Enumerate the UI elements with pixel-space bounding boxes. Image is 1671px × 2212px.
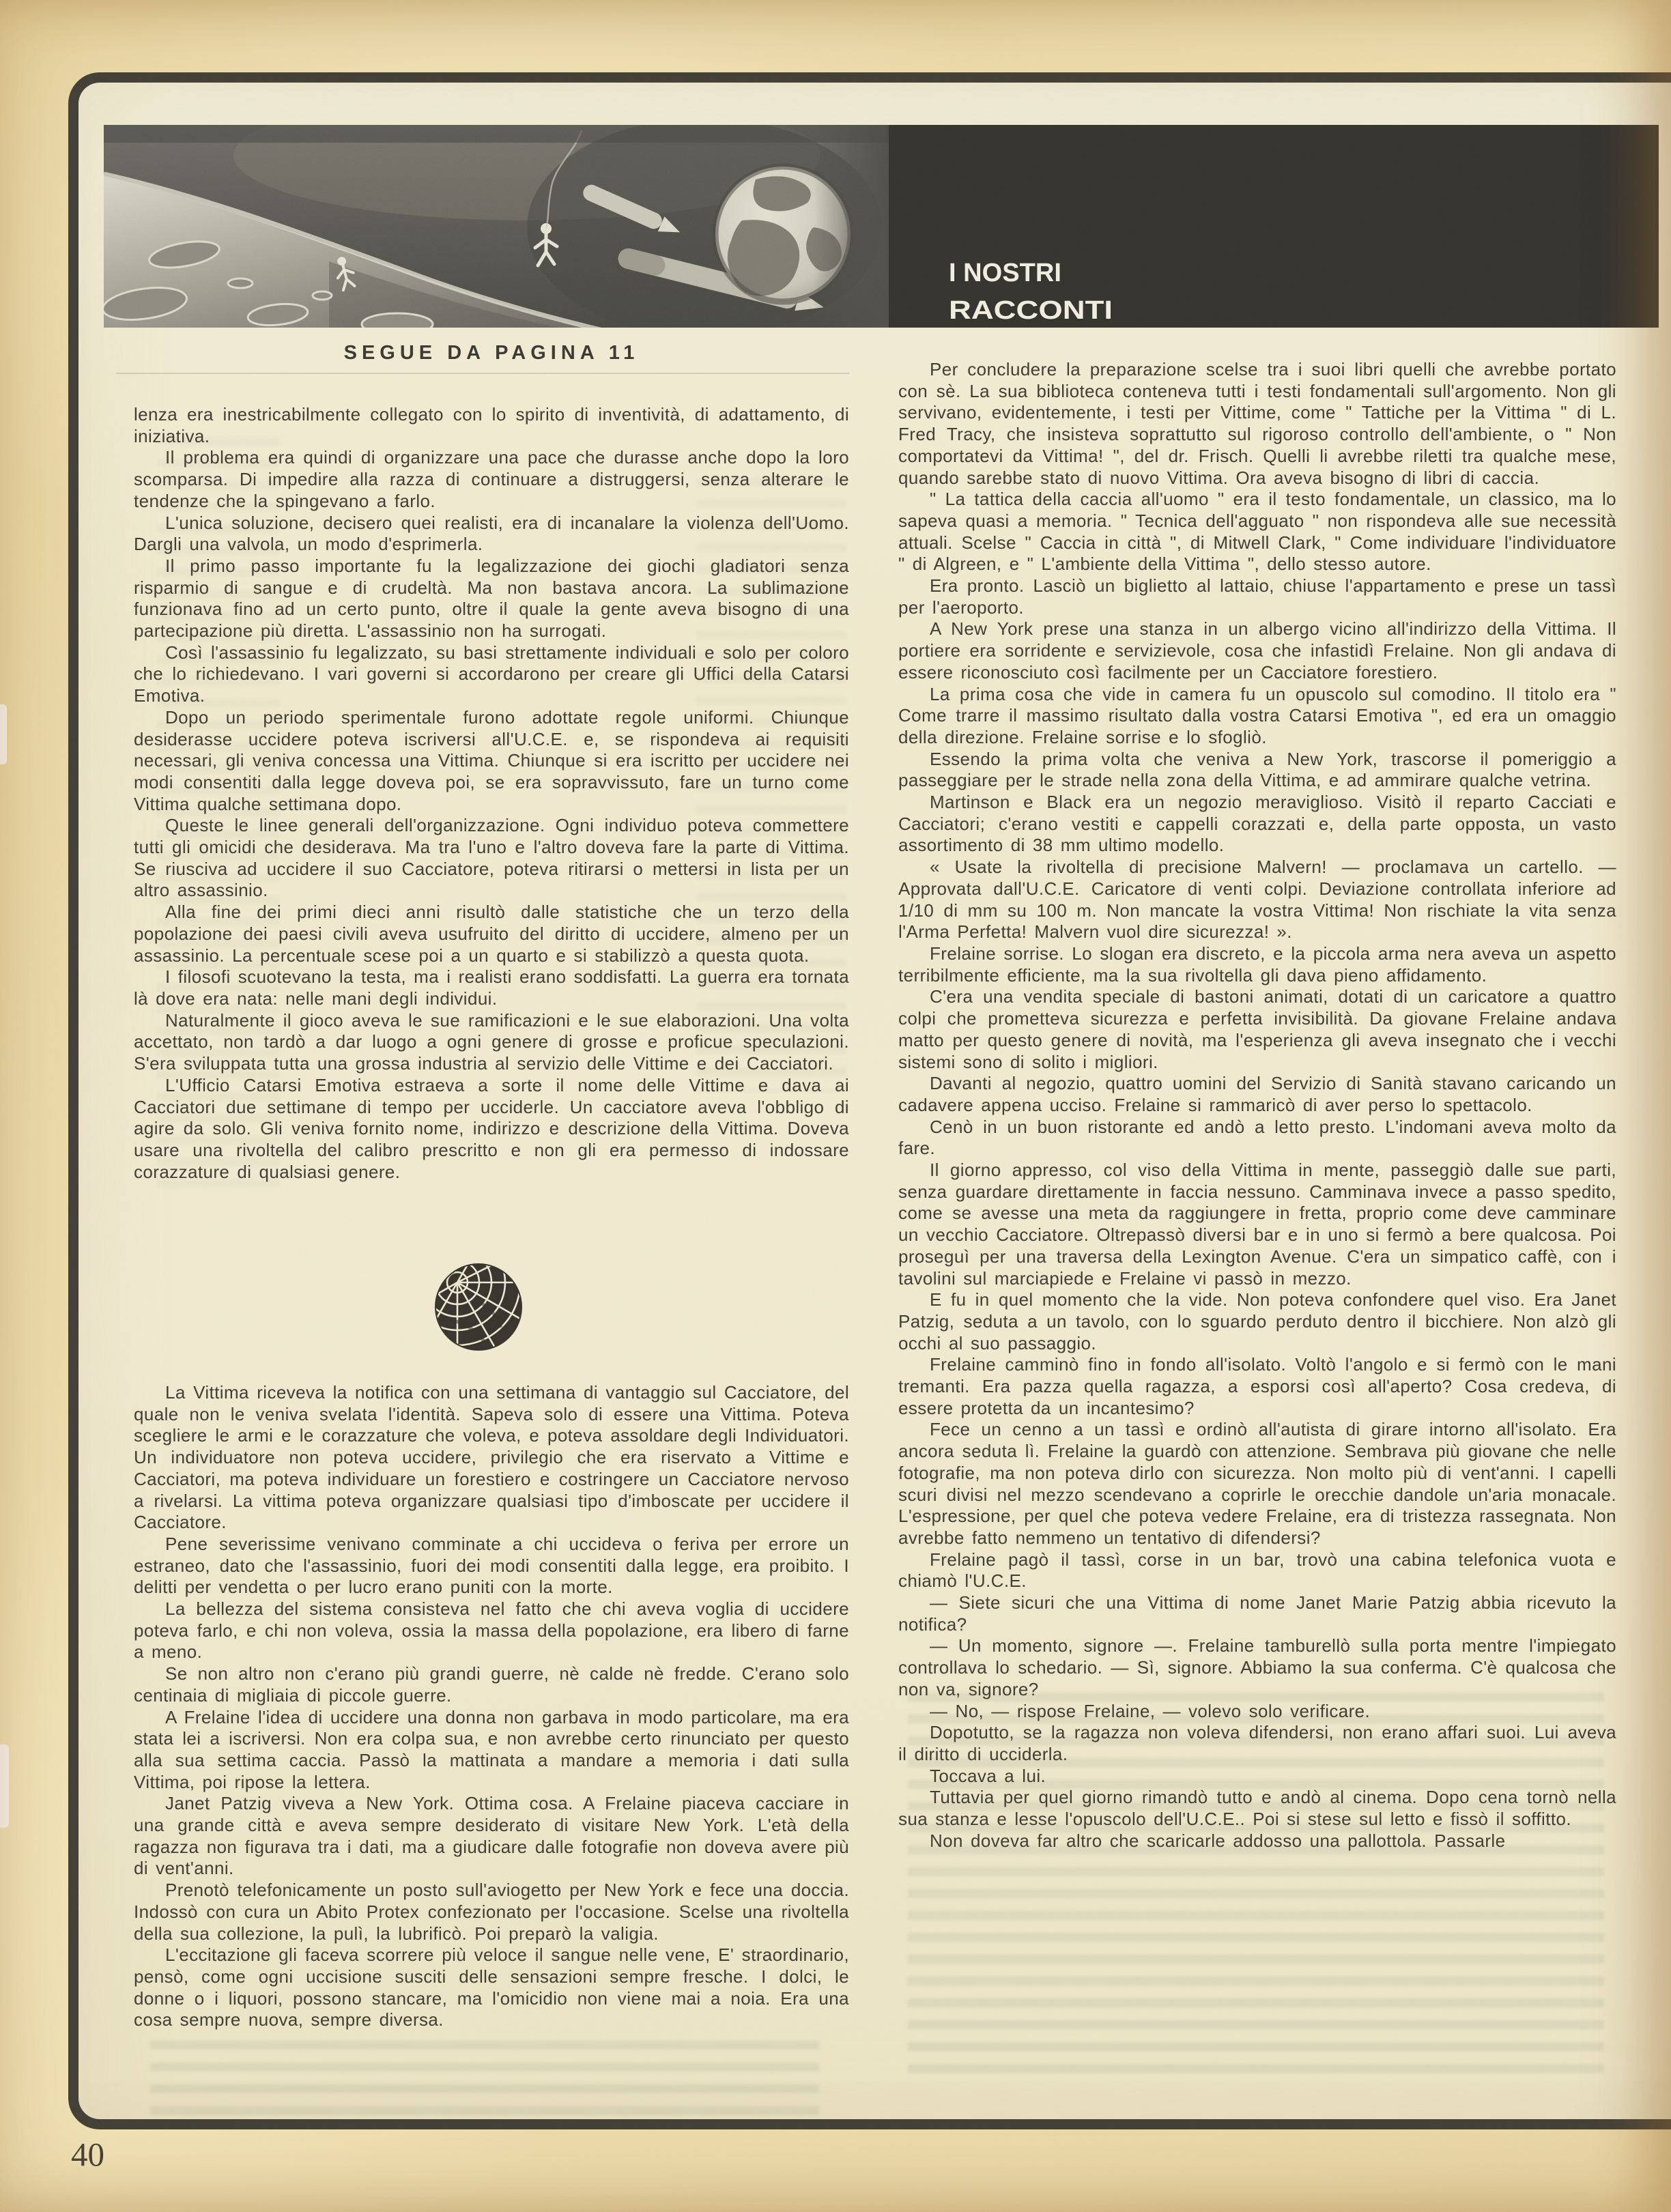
story-paragraph: « Usate la rivoltella di precisione Malv… (898, 857, 1616, 943)
story-paragraph: Martinson e Black era un negozio meravig… (898, 792, 1616, 857)
story-paragraph: La prima cosa che vide in camera fu un o… (898, 684, 1616, 749)
story-paragraph: La bellezza del sistema consisteva nel f… (134, 1598, 849, 1663)
story-paragraph: Cenò in un buon ristorante ed andò a let… (898, 1117, 1616, 1160)
header-banner: I NOSTRI RACCONTI DI FANTASCIENZA (104, 125, 1659, 328)
scan-artifact (0, 1744, 9, 1828)
story-paragraph: Prenotò telefonicamente un posto sull'av… (134, 1880, 849, 1944)
space-scene-illustration (104, 125, 889, 328)
story-paragraph: A New York prese una stanza in un alberg… (898, 618, 1616, 683)
globe-ornament (433, 1259, 524, 1353)
continued-from-note: SEGUE DA PAGINA 11 (134, 342, 849, 364)
story-paragraph: A Frelaine l'idea di uccidere una donna … (134, 1707, 849, 1794)
story-paragraph: C'era una vendita speciale di bastoni an… (898, 986, 1616, 1073)
page-number: 40 (71, 2135, 104, 2174)
story-paragraph: Naturalmente il gioco aveva le sue ramif… (134, 1010, 849, 1075)
story-paragraph: Frelaine camminò fino in fondo all'isola… (898, 1354, 1616, 1419)
story-paragraph: Per concludere la preparazione scelse tr… (898, 359, 1616, 489)
kicker-line-1: I NOSTRI (949, 259, 1061, 287)
right-column: Per concludere la preparazione scelse tr… (898, 359, 1616, 1852)
kicker-line-2: RACCONTI (949, 296, 1113, 325)
story-paragraph: Toccava a lui. (898, 1766, 1616, 1787)
story-paragraph: Non doveva far altro che scaricarle addo… (898, 1830, 1616, 1852)
story-paragraph: Queste le linee generali dell'organizzaz… (134, 815, 849, 902)
divider-hairline (116, 373, 850, 374)
story-paragraph: Così l'assassinio fu legalizzato, su bas… (134, 642, 849, 707)
story-paragraph: Davanti al negozio, quattro uomini del S… (898, 1073, 1616, 1116)
story-paragraph: Era pronto. Lasciò un biglietto al latta… (898, 575, 1616, 618)
story-paragraph: Dopo un periodo sperimentale furono adot… (134, 707, 849, 816)
story-paragraph: E fu in quel momento che la vide. Non po… (898, 1289, 1616, 1354)
story-paragraph: Il problema era quindi di organizzare un… (134, 447, 849, 512)
story-paragraph: Fece un cenno a un tassì e ordinò all'au… (898, 1419, 1616, 1549)
story-paragraph: L'eccitazione gli faceva scorrere più ve… (134, 1944, 849, 2031)
story-paragraph: Se non altro non c'erano più grandi guer… (134, 1663, 849, 1706)
story-paragraph: — No, — rispose Frelaine, — volevo solo … (898, 1701, 1616, 1723)
story-paragraph: Alla fine dei primi dieci anni risultò d… (134, 902, 849, 966)
story-paragraph: — Un momento, signore —. Frelaine tambur… (898, 1635, 1616, 1700)
scan-artifact (0, 704, 7, 764)
story-paragraph: lenza era inestricabilmente collegato co… (134, 404, 849, 447)
story-paragraph: L'unica soluzione, decisero quei realist… (134, 513, 849, 556)
story-paragraph: Frelaine pagò il tassì, corse in un bar,… (898, 1549, 1616, 1592)
story-paragraph: I filosofi scuotevano la testa, ma i rea… (134, 966, 849, 1009)
left-column-bottom: La Vittima riceveva la notifica con una … (134, 1382, 849, 2031)
story-paragraph: " La tattica della caccia all'uomo " era… (898, 489, 1616, 575)
story-paragraph: La Vittima riceveva la notifica con una … (134, 1382, 849, 1534)
story-paragraph: Il giorno appresso, col viso della Vitti… (898, 1160, 1616, 1289)
story-paragraph: L'Ufficio Catarsi Emotiva estraeva a sor… (134, 1075, 849, 1183)
story-paragraph: Tuttavia per quel giorno rimandò tutto e… (898, 1787, 1616, 1830)
story-paragraph: Essendo la prima volta che veniva a New … (898, 749, 1616, 792)
story-paragraph: Il primo passo importante fu la legalizz… (134, 556, 849, 642)
story-paragraph: Frelaine sorrise. Lo slogan era discreto… (898, 943, 1616, 986)
story-paragraph: — Siete sicuri che una Vittima di nome J… (898, 1592, 1616, 1635)
left-column-top: lenza era inestricabilmente collegato co… (134, 404, 849, 1183)
story-paragraph: Pene severissime venivano comminate a ch… (134, 1534, 849, 1598)
section-title-block: I NOSTRI RACCONTI DI FANTASCIENZA (942, 250, 1659, 328)
story-paragraph: Janet Patzig viveva a New York. Ottima c… (134, 1793, 849, 1880)
story-paragraph: Dopotutto, se la ragazza non voleva dife… (898, 1722, 1616, 1765)
